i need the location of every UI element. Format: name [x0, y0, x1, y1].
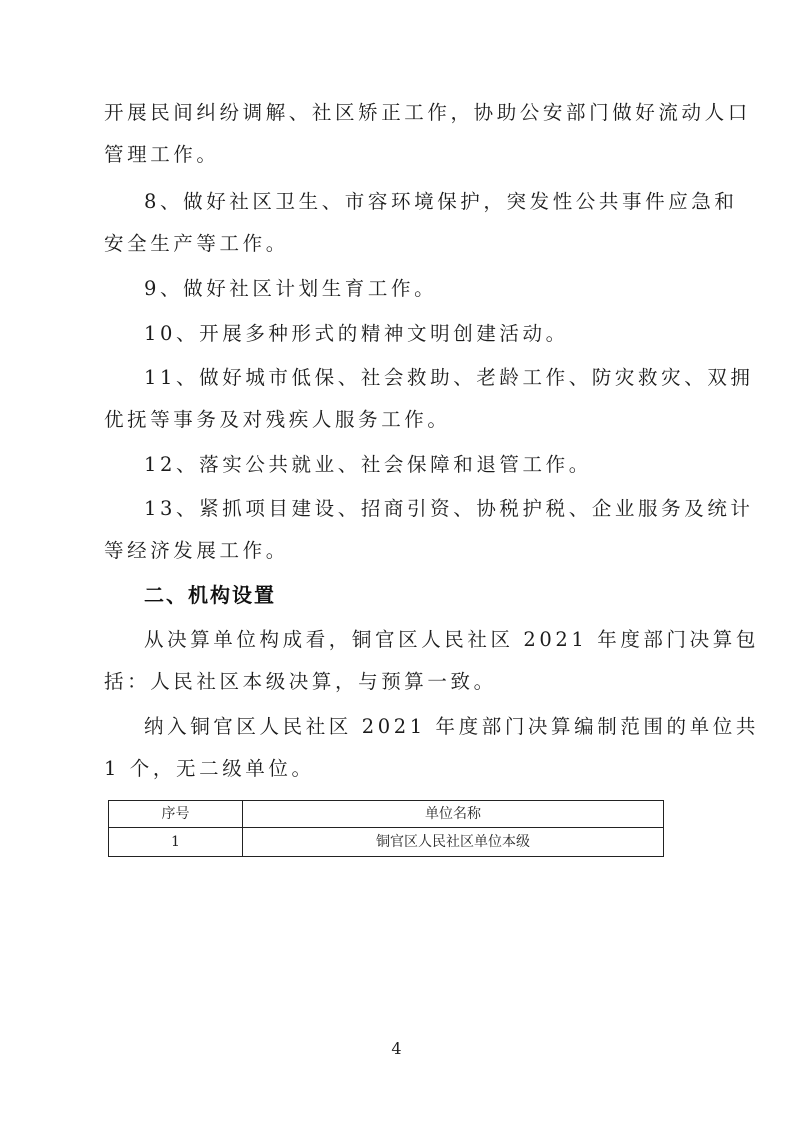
unit-table: 序号 单位名称 1 铜官区人民社区单位本级: [108, 800, 664, 857]
list-item-10: 10、开展多种形式的精神文明创建活动。: [144, 321, 569, 347]
paragraph-line: 从决算单位构成看，铜官区人民社区 2021 年度部门决算包: [144, 627, 759, 653]
header-unit-name: 单位名称: [243, 801, 664, 828]
paragraph-line: 1 个，无二级单位。: [104, 756, 315, 782]
cell-serial-number: 1: [109, 828, 243, 857]
list-item-11: 11、做好城市低保、社会救助、老龄工作、防灾救灾、双拥: [144, 365, 754, 391]
paragraph-line: 管理工作。: [104, 142, 220, 168]
list-item-12: 12、落实公共就业、社会保障和退管工作。: [144, 452, 592, 478]
cell-unit-name: 铜官区人民社区单位本级: [243, 828, 664, 857]
paragraph-line: 纳入铜官区人民社区 2021 年度部门决算编制范围的单位共: [144, 714, 759, 740]
paragraph-line: 优抚等事务及对残疾人服务工作。: [104, 407, 451, 433]
table-header-row: 序号 单位名称: [109, 801, 664, 828]
paragraph-line: 开展民间纠纷调解、社区矫正工作，协助公安部门做好流动人口: [104, 100, 751, 126]
page-number: 4: [0, 1039, 793, 1058]
table-row: 1 铜官区人民社区单位本级: [109, 828, 664, 857]
list-item-9: 9、做好社区计划生育工作。: [144, 276, 437, 302]
section-heading: 二、机构设置: [144, 582, 276, 608]
header-serial-number: 序号: [109, 801, 243, 828]
document-page: 开展民间纠纷调解、社区矫正工作，协助公安部门做好流动人口 管理工作。 8、做好社…: [0, 0, 793, 1122]
paragraph-line: 括：人民社区本级决算，与预算一致。: [104, 669, 497, 695]
list-item-13: 13、紧抓项目建设、招商引资、协税护税、企业服务及统计: [144, 496, 754, 522]
paragraph-line: 等经济发展工作。: [104, 538, 289, 564]
paragraph-line: 安全生产等工作。: [104, 231, 289, 257]
list-item-8: 8、做好社区卫生、市容环境保护，突发性公共事件应急和: [144, 189, 738, 215]
